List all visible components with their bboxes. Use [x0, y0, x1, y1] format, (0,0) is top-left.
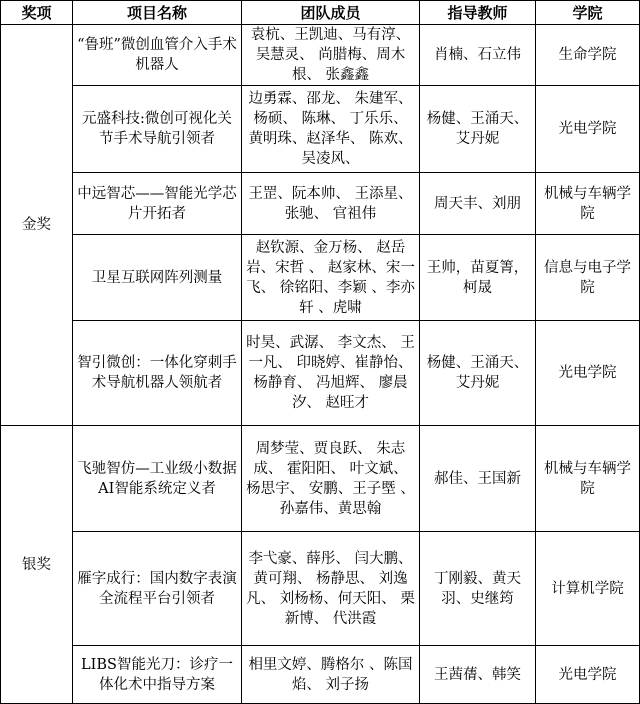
team-members: 赵钦源、金万杨、 赵岳岩、宋哲 、 赵家林、宋一飞、 徐铭阳、李颖 、李亦轩 、… [242, 235, 420, 321]
advisor: 丁刚毅、黄天羽、史继筠 [420, 532, 536, 646]
project-name: 中远智芯——智能光学芯片开拓者 [73, 173, 242, 235]
table-row: 雁字成行：国内数字表演全流程平台引领者 李弋豪、薛彤、 闫大鹏、 黄可翔、 杨静… [1, 532, 640, 646]
project-name: 飞驰智仿—工业级小数据AI智能系统定义者 [73, 426, 242, 532]
college: 生命学院 [536, 25, 640, 86]
team-members: 边勇霖、邵龙、 朱建军、杨硕、 陈琳、 丁乐乐、 黄明珠、赵泽华、 陈欢、吴凌风… [242, 86, 420, 173]
team-members: 相里文婷、腾格尔 、陈国焰、 刘子扬 [242, 646, 420, 704]
team-members: 李弋豪、薛彤、 闫大鹏、 黄可翔、 杨静思、 刘逸凡、 刘杨杨、何天阳、 栗新博… [242, 532, 420, 646]
table-row: 金奖 “鲁班”微创血管介入手术机器人 袁杭、王凯迪、马有淳、 吴慧灵、 尚腊梅、… [1, 25, 640, 86]
awards-table: 奖项 项目名称 团队成员 指导教师 学院 金奖 “鲁班”微创血管介入手术机器人 … [0, 0, 640, 704]
header-advisor: 指导教师 [420, 1, 536, 25]
team-members: 王罡、阮本帅、 王添星、 张驰、 官祖伟 [242, 173, 420, 235]
advisor: 杨健、王涌天、艾丹妮 [420, 321, 536, 426]
table-row: LIBS智能光刀：诊疗一体化术中指导方案 相里文婷、腾格尔 、陈国焰、 刘子扬 … [1, 646, 640, 704]
advisor: 杨健、王涌天、艾丹妮 [420, 86, 536, 173]
advisor: 王茜蒨、韩笑 [420, 646, 536, 704]
header-college: 学院 [536, 1, 640, 25]
project-name: 卫星互联网阵列测量 [73, 235, 242, 321]
table-row: 卫星互联网阵列测量 赵钦源、金万杨、 赵岳岩、宋哲 、 赵家林、宋一飞、 徐铭阳… [1, 235, 640, 321]
advisor: 王帅，苗夏箐，柯晟 [420, 235, 536, 321]
table-row: 银奖 飞驰智仿—工业级小数据AI智能系统定义者 周梦莹、贾良跃、 朱志成、 霍阳… [1, 426, 640, 532]
project-name: 智引微创：一体化穿刺手术导航机器人领航者 [73, 321, 242, 426]
advisor: 周天丰、刘朋 [420, 173, 536, 235]
header-project: 项目名称 [73, 1, 242, 25]
college: 光电学院 [536, 321, 640, 426]
college: 计算机学院 [536, 532, 640, 646]
header-members: 团队成员 [242, 1, 420, 25]
team-members: 周梦莹、贾良跃、 朱志成、 霍阳阳、 叶文斌、 杨思宇、 安鹏、王子塈 、孙嘉伟… [242, 426, 420, 532]
team-members: 袁杭、王凯迪、马有淳、 吴慧灵、 尚腊梅、周木根、 张鑫鑫 [242, 25, 420, 86]
college: 光电学院 [536, 646, 640, 704]
award-gold: 金奖 [1, 25, 73, 426]
table-row: 元盛科技:微创可视化关节手术导航引领者 边勇霖、邵龙、 朱建军、杨硕、 陈琳、 … [1, 86, 640, 173]
college: 机械与车辆学院 [536, 426, 640, 532]
header-row: 奖项 项目名称 团队成员 指导教师 学院 [1, 1, 640, 25]
project-name: LIBS智能光刀：诊疗一体化术中指导方案 [73, 646, 242, 704]
project-name: 元盛科技:微创可视化关节手术导航引领者 [73, 86, 242, 173]
advisor: 肖楠、石立伟 [420, 25, 536, 86]
project-name: 雁字成行：国内数字表演全流程平台引领者 [73, 532, 242, 646]
college: 光电学院 [536, 86, 640, 173]
award-silver: 银奖 [1, 426, 73, 704]
team-members: 时昊、武潺、 李文杰、 王一凡、 印晓婷、崔静怡、 杨静育、 冯旭辉、 廖晨汐、… [242, 321, 420, 426]
college: 机械与车辆学院 [536, 173, 640, 235]
project-name: “鲁班”微创血管介入手术机器人 [73, 25, 242, 86]
table-row: 智引微创：一体化穿刺手术导航机器人领航者 时昊、武潺、 李文杰、 王一凡、 印晓… [1, 321, 640, 426]
table-row: 中远智芯——智能光学芯片开拓者 王罡、阮本帅、 王添星、 张驰、 官祖伟 周天丰… [1, 173, 640, 235]
header-award: 奖项 [1, 1, 73, 25]
advisor: 郝佳、王国新 [420, 426, 536, 532]
college: 信息与电子学院 [536, 235, 640, 321]
